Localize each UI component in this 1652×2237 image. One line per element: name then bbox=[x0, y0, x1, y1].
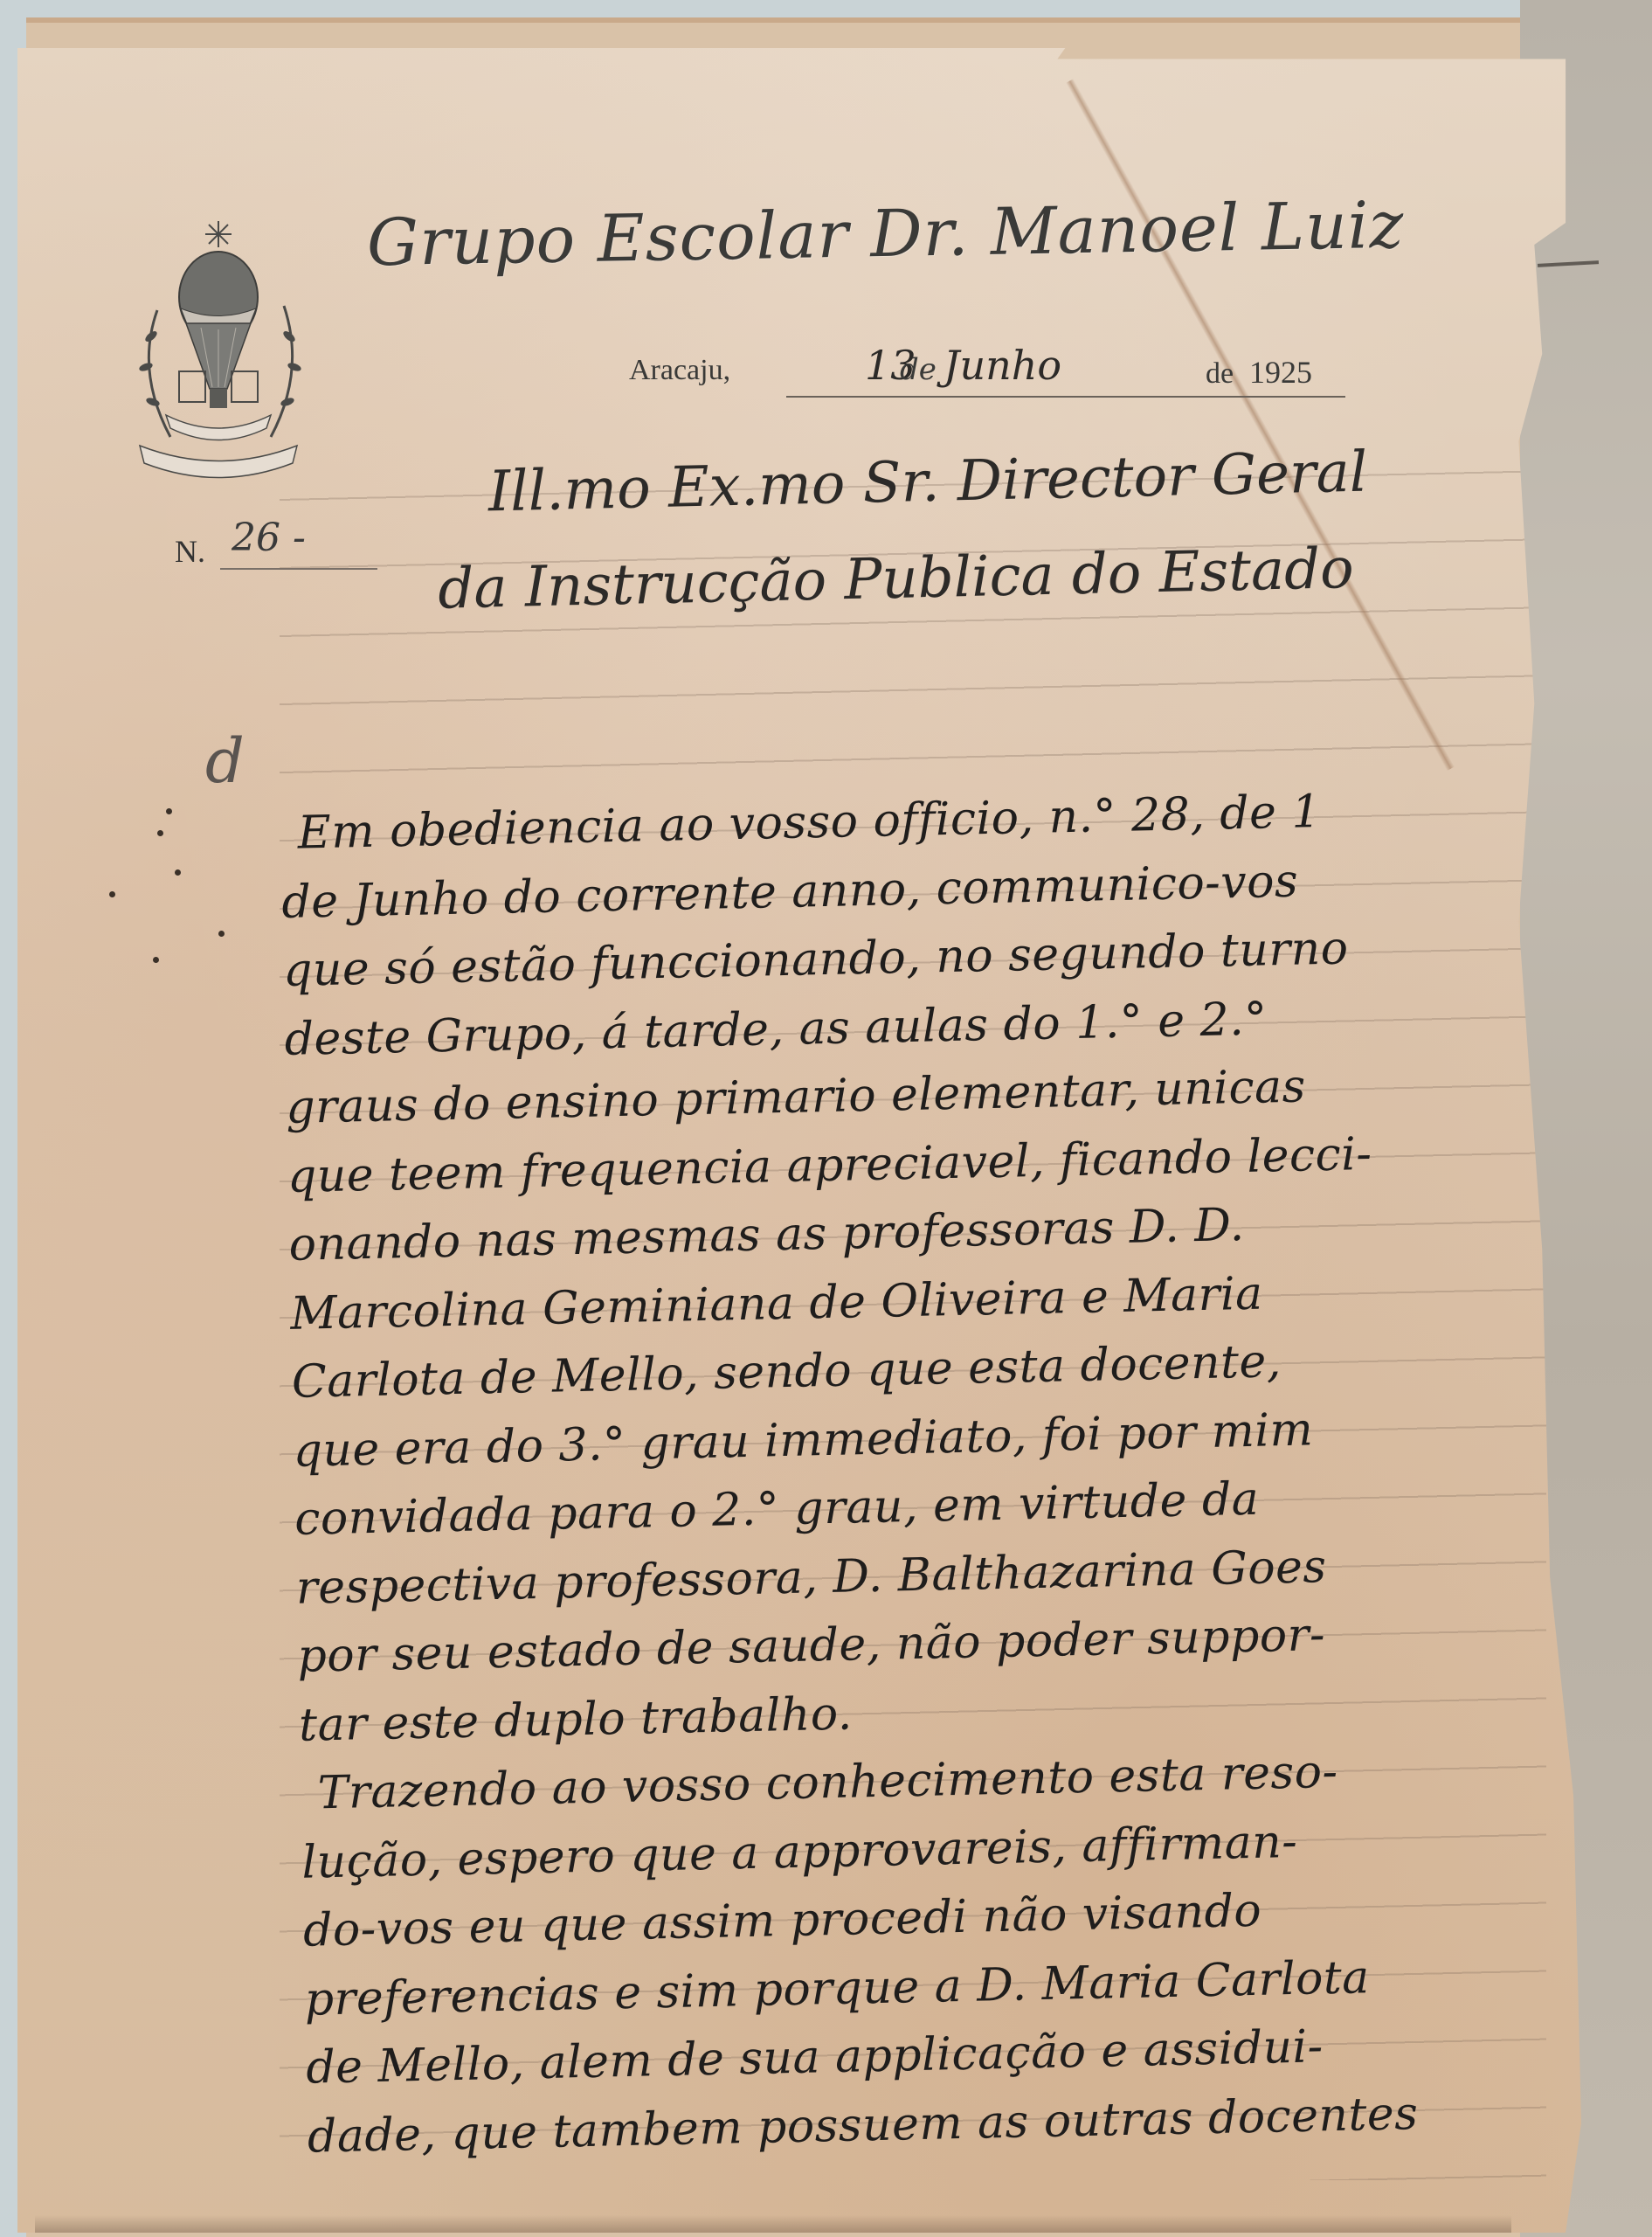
pin-holes bbox=[70, 808, 210, 1018]
addressee-block: Ill.mo Ex.mo Sr. Director Geral da Instr… bbox=[435, 419, 1575, 637]
dateline: Aracaju, 13 de Junho de 1925 bbox=[629, 345, 1415, 398]
sheet-bottom-edge bbox=[35, 2215, 1511, 2233]
date-preposition-2: de bbox=[1206, 357, 1234, 391]
document-number-underline bbox=[220, 568, 377, 570]
letterhead-institution-name: Grupo Escolar Dr. Manoel Luiz bbox=[366, 188, 1405, 281]
date-preposition-1: de bbox=[900, 352, 937, 387]
coat-of-arms-balloon-icon bbox=[118, 214, 319, 494]
date-underline bbox=[786, 396, 1345, 398]
letter-sheet: Grupo Escolar Dr. Manoel Luiz Aracaju, 1… bbox=[17, 48, 1581, 2233]
document-number-label: N. bbox=[175, 533, 205, 570]
document-number-value: 26 - bbox=[232, 516, 306, 560]
letter-body: Em obediencia ao vosso officio, n.° 28, … bbox=[280, 772, 1619, 2171]
date-place: Aracaju, bbox=[629, 354, 730, 387]
margin-pencil-mark: d bbox=[205, 725, 245, 797]
date-month: Junho bbox=[944, 342, 1061, 389]
date-year: 1925 bbox=[1249, 354, 1312, 391]
